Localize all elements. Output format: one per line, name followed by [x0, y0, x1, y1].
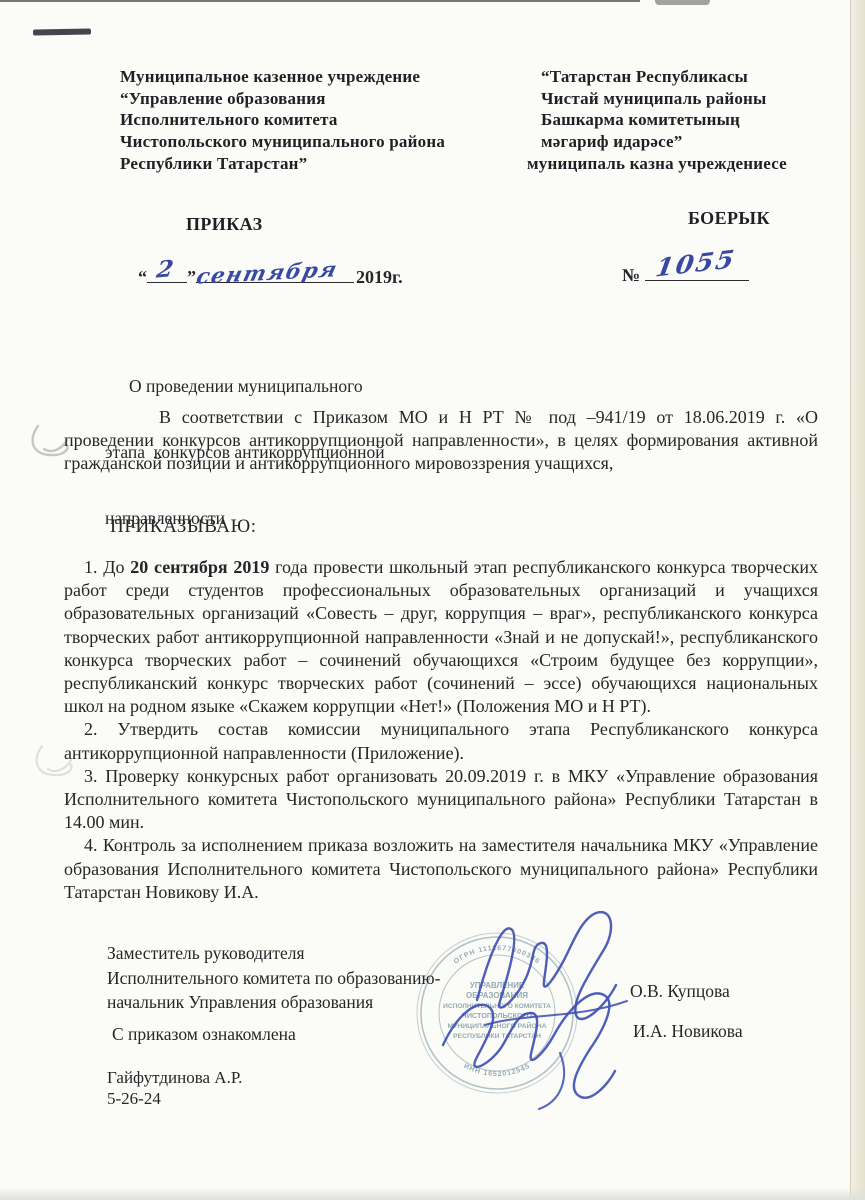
order-item-2: 2. Утвердить состав комиссии муниципальн…	[64, 718, 818, 764]
letterhead-ru-line: Исполнительного комитета	[120, 109, 550, 131]
scan-smudge	[655, 0, 710, 5]
order-item-4: 4. Контроль за исполнением приказа возло…	[64, 834, 818, 904]
letterhead-tat-line: муниципаль казна учреждениесе	[527, 153, 847, 175]
scan-black-mark	[33, 28, 91, 35]
item1-text: 1. До	[84, 557, 130, 577]
position-line: Исполнительного комитета по образованию-	[107, 966, 440, 991]
open-quote: “	[138, 267, 147, 287]
number-line: № 1055	[622, 256, 749, 292]
letterhead-russian: Муниципальное казенное учреждение “Управ…	[120, 66, 550, 175]
page-right-edge-shadow	[850, 0, 865, 1200]
order-title-russian: ПРИКАЗ	[186, 214, 263, 235]
letterhead-ru-line: Муниципальное казенное учреждение	[120, 66, 550, 88]
decree-word: ПРИКАЗЫВАЮ:	[110, 516, 257, 538]
item1-bold-date: 20 сентября 2019	[130, 557, 269, 577]
handwritten-number: 1055	[653, 244, 737, 282]
handwritten-month: сентября	[194, 256, 341, 288]
order-title-tatar: БОЕРЫК	[688, 208, 770, 229]
signatory-name-novikova: И.А. Новикова	[633, 1021, 743, 1042]
item1-text: года провести школьный этап республиканс…	[64, 557, 818, 716]
position-line: Заместитель руководителя	[107, 941, 440, 966]
letterhead-ru-line: “Управление образования	[120, 88, 550, 110]
letterhead-tat-line: Чистай муниципаль районы	[527, 88, 847, 110]
scan-edge-line	[0, 0, 640, 2]
position-line: начальник Управления образования	[107, 990, 440, 1015]
letterhead-tat-line: мәгариф идарәсе”	[527, 131, 847, 153]
letterhead-tat-line: Башкарма комитетының	[527, 109, 847, 131]
number-sign: №	[622, 265, 640, 285]
acknowledgment-line: С приказом ознакомлена	[112, 1024, 296, 1045]
signatory-name-kuptsova: О.В. Купцова	[630, 981, 730, 1002]
order-items: 1. До 20 сентября 2019 года провести шко…	[64, 556, 818, 904]
number-blank: 1055	[645, 256, 749, 281]
order-item-3: 3. Проверку конкурсных работ организоват…	[64, 765, 818, 835]
letterhead-tat-line: “Татарстан Республикасы	[527, 66, 847, 88]
handwritten-day: 2	[155, 255, 176, 283]
letterhead-tatar: “Татарстан Республикасы Чистай муниципал…	[527, 66, 847, 175]
year-label: 2019г.	[356, 267, 403, 287]
scanned-order-document: Муниципальное казенное учреждение “Управ…	[0, 0, 865, 1200]
executor-name: Гайфутдинова А.Р.	[107, 1068, 242, 1088]
subject-line: О проведении муниципального	[105, 375, 385, 397]
letterhead-ru-line: Республики Татарстан”	[120, 153, 550, 175]
month-blank: сентября	[196, 258, 354, 283]
letterhead-ru-line: Чистопольского муниципального района	[120, 131, 550, 153]
preamble-paragraph: В соответствии с Приказом МО и Н РТ № по…	[64, 406, 818, 476]
signatory-position: Заместитель руководителя Исполнительного…	[107, 941, 440, 1015]
order-item-1: 1. До 20 сентября 2019 года провести шко…	[64, 556, 818, 718]
day-blank: 2	[147, 258, 187, 283]
page-bottom-edge-shadow	[0, 1187, 865, 1200]
date-line: “2”сентября2019г.	[138, 258, 403, 294]
executor-phone: 5-26-24	[107, 1089, 161, 1109]
signature-novikova-ink	[418, 983, 638, 1113]
